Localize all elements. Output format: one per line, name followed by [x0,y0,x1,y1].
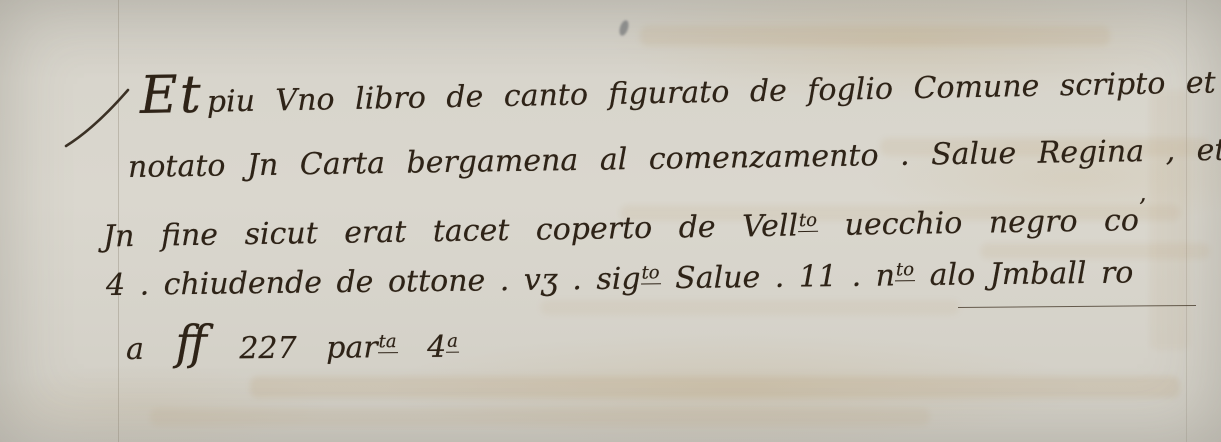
line-text: alo Jmball ro [915,255,1134,293]
abbreviation-mark: ’ [1138,194,1146,222]
bleedthrough-stain [150,408,930,426]
ink-smudge [618,19,631,37]
line-text: 4 . chiudende de ottone . vʒ . sig [106,261,641,303]
line-text: Salue . 11 . n [660,258,895,296]
initial-capital: Et [139,65,203,126]
line-text: piu Vno libro de canto figurato de fogli… [207,65,1216,119]
folio-ligature: ff [175,315,204,369]
bleedthrough-stain [250,376,1180,398]
line-text: notato Jn Carta bergamena al comenzament… [128,133,1221,185]
line-text: 227 par [239,330,377,366]
superscript-abbreviation: a [446,333,459,353]
superscript-abbreviation: to [895,261,915,281]
bleedthrough-stain [540,300,960,315]
superscript-abbreviation: ta [378,333,398,353]
manuscript-line-5: a ff 227 parta 4a [126,330,459,367]
line-text: 4 [397,330,446,365]
line-text: uecchio negro co [818,203,1139,243]
line-text: Jn fine sicut erat tacet coperto de Vell [103,208,799,254]
superscript-abbreviation: to [640,264,660,284]
manuscript-line-1: Etpiu Vno libro de canto figurato de fog… [140,65,1216,121]
manuscript-line-2: notato Jn Carta bergamena al comenzament… [128,133,1221,185]
superscript-abbreviation: to [798,211,818,231]
manuscript-page: Etpiu Vno libro de canto figurato de fog… [0,0,1221,442]
bleedthrough-stain [1150,90,1190,350]
manuscript-line-4: 4 . chiudende de ottone . vʒ . sigto Sal… [106,255,1134,303]
bleedthrough-stain [640,26,1110,46]
line-text: a [126,332,144,367]
